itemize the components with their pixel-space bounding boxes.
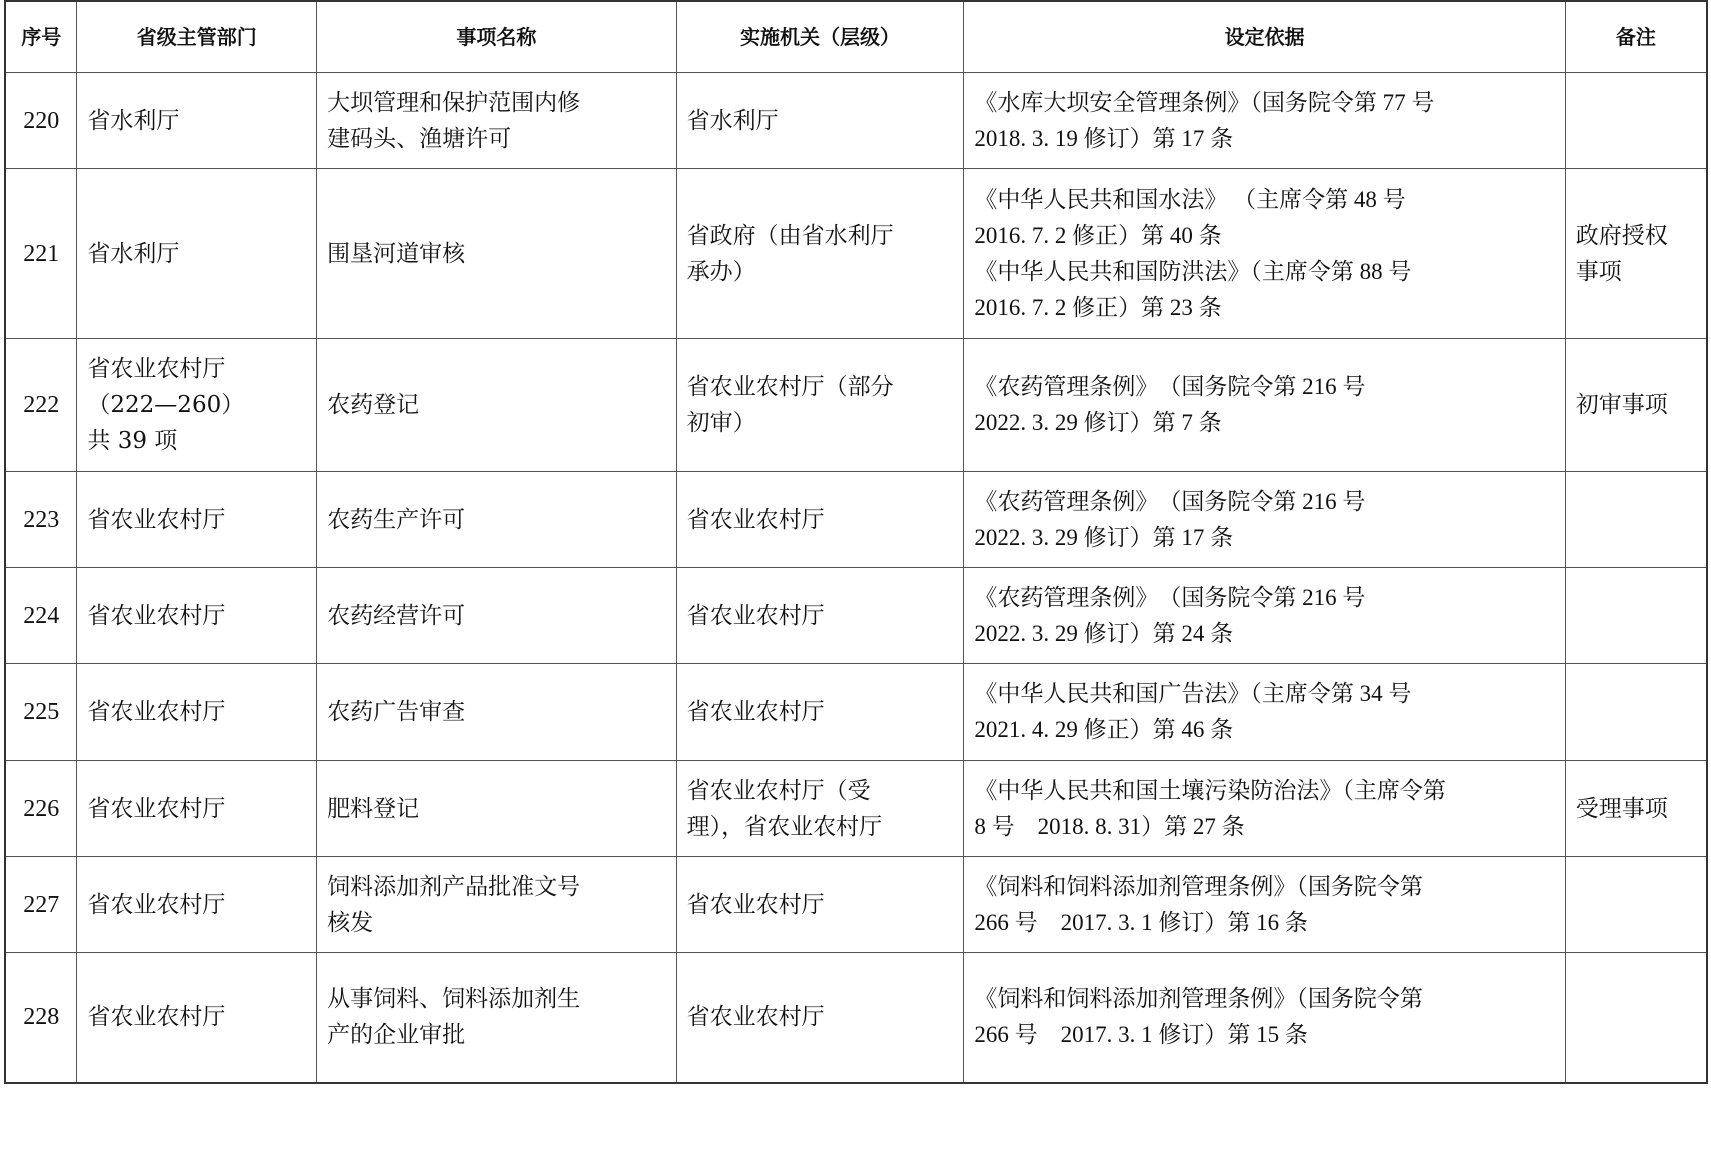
cell-text-line: 农药登记	[327, 387, 666, 423]
cell-text-line: 《农药管理条例》 （国务院令第 216 号	[974, 369, 1554, 405]
cell-remarks	[1565, 953, 1707, 1083]
cell-remarks	[1565, 472, 1707, 568]
cell-department: 省农业农村厅	[77, 664, 317, 761]
table-row: 221省水利厅围垦河道审核省政府（由省水利厅承办）《中华人民共和国水法》 （主席…	[5, 169, 1707, 339]
cell-implementing-agency: 省农业农村厅	[676, 953, 964, 1083]
cell-text-line: 2016. 7. 2 修正）第 40 条	[974, 218, 1554, 254]
cell-remarks	[1565, 73, 1707, 169]
cell-text-line: 初审事项	[1576, 387, 1696, 423]
cell-text-line: 266 号 2017. 3. 1 修订）第 16 条	[974, 905, 1554, 941]
header-serial-number: 序号	[5, 1, 77, 73]
cell-text-line: 理），省农业农村厅	[687, 809, 954, 845]
cell-text-line: 《饲料和饲料添加剂管理条例》（国务院令第	[974, 981, 1554, 1017]
table-row: 225省农业农村厅农药广告审查省农业农村厅《中华人民共和国广告法》（主席令第 3…	[5, 664, 1707, 761]
cell-department: 省农业农村厅	[77, 472, 317, 568]
cell-text-line: 农药生产许可	[327, 502, 666, 538]
cell-serial-number: 225	[5, 664, 77, 761]
cell-text-line: 2022. 3. 29 修订）第 24 条	[974, 616, 1554, 652]
cell-department: 省农业农村厅（222—260）共 39 项	[77, 339, 317, 472]
cell-text-line: 农药广告审查	[327, 694, 666, 730]
cell-item-name: 农药广告审查	[317, 664, 677, 761]
cell-text-line: 省农业农村厅	[87, 791, 306, 827]
header-department: 省级主管部门	[77, 1, 317, 73]
cell-department: 省农业农村厅	[77, 953, 317, 1083]
table-row: 223省农业农村厅农药生产许可省农业农村厅《农药管理条例》 （国务院令第 216…	[5, 472, 1707, 568]
cell-text-line: 省水利厅	[87, 236, 306, 272]
cell-serial-number: 226	[5, 761, 77, 857]
cell-department: 省水利厅	[77, 169, 317, 339]
cell-implementing-agency: 省农业农村厅（受理），省农业农村厅	[676, 761, 964, 857]
cell-text-line: 省农业农村厅（部分	[687, 369, 954, 405]
cell-text-line: 省农业农村厅	[87, 694, 306, 730]
cell-text-line: 2021. 4. 29 修正）第 46 条	[974, 712, 1554, 748]
cell-text-line: 初审）	[687, 405, 954, 441]
cell-text-line: 产的企业审批	[327, 1017, 666, 1053]
cell-legal-basis: 《饲料和饲料添加剂管理条例》（国务院令第266 号 2017. 3. 1 修订）…	[964, 953, 1565, 1083]
header-implementing-agency: 实施机关（层级）	[676, 1, 964, 73]
cell-item-name: 肥料登记	[317, 761, 677, 857]
table-row: 224省农业农村厅农药经营许可省农业农村厅《农药管理条例》 （国务院令第 216…	[5, 568, 1707, 664]
cell-implementing-agency: 省政府（由省水利厅承办）	[676, 169, 964, 339]
table-row: 227省农业农村厅饲料添加剂产品批准文号核发省农业农村厅《饲料和饲料添加剂管理条…	[5, 857, 1707, 953]
cell-text-line: 省农业农村厅	[87, 999, 306, 1035]
cell-item-name: 围垦河道审核	[317, 169, 677, 339]
cell-text-line: 《农药管理条例》 （国务院令第 216 号	[974, 580, 1554, 616]
cell-text-line: 承办）	[687, 254, 954, 290]
cell-text-line: 围垦河道审核	[327, 236, 666, 272]
cell-department: 省农业农村厅	[77, 761, 317, 857]
cell-legal-basis: 《中华人民共和国土壤污染防治法》（主席令第8 号 2018. 8. 31）第 2…	[964, 761, 1565, 857]
cell-text-line: 《中华人民共和国水法》 （主席令第 48 号	[974, 182, 1554, 218]
cell-implementing-agency: 省农业农村厅	[676, 664, 964, 761]
cell-implementing-agency: 省农业农村厅	[676, 472, 964, 568]
cell-department: 省水利厅	[77, 73, 317, 169]
cell-legal-basis: 《水库大坝安全管理条例》（国务院令第 77 号2018. 3. 19 修订）第 …	[964, 73, 1565, 169]
cell-serial-number: 227	[5, 857, 77, 953]
cell-serial-number: 220	[5, 73, 77, 169]
table-row: 220省水利厅大坝管理和保护范围内修建码头、渔塘许可省水利厅《水库大坝安全管理条…	[5, 73, 1707, 169]
cell-text-line: 肥料登记	[327, 791, 666, 827]
cell-text-line: 省农业农村厅	[87, 502, 306, 538]
cell-serial-number: 222	[5, 339, 77, 472]
cell-text-line: 农药经营许可	[327, 598, 666, 634]
table-row: 222省农业农村厅（222—260）共 39 项农药登记省农业农村厅（部分初审）…	[5, 339, 1707, 472]
cell-legal-basis: 《农药管理条例》 （国务院令第 216 号2022. 3. 29 修订）第 7 …	[964, 339, 1565, 472]
cell-remarks: 受理事项	[1565, 761, 1707, 857]
header-legal-basis: 设定依据	[964, 1, 1565, 73]
cell-implementing-agency: 省水利厅	[676, 73, 964, 169]
cell-item-name: 从事饲料、饲料添加剂生产的企业审批	[317, 953, 677, 1083]
cell-text-line: 政府授权	[1576, 218, 1696, 254]
cell-legal-basis: 《农药管理条例》 （国务院令第 216 号2022. 3. 29 修订）第 24…	[964, 568, 1565, 664]
cell-serial-number: 228	[5, 953, 77, 1083]
cell-text-line: 《水库大坝安全管理条例》（国务院令第 77 号	[974, 85, 1554, 121]
cell-text-line: 从事饲料、饲料添加剂生	[327, 981, 666, 1017]
cell-text-line: 《中华人民共和国土壤污染防治法》（主席令第	[974, 773, 1554, 809]
administrative-licensing-table: 序号 省级主管部门 事项名称 实施机关（层级） 设定依据 备注 220省水利厅大…	[4, 0, 1708, 1084]
cell-serial-number: 221	[5, 169, 77, 339]
cell-text-line: 《中华人民共和国广告法》（主席令第 34 号	[974, 676, 1554, 712]
cell-implementing-agency: 省农业农村厅（部分初审）	[676, 339, 964, 472]
cell-text-line: 省农业农村厅	[87, 887, 306, 923]
cell-item-name: 农药生产许可	[317, 472, 677, 568]
cell-legal-basis: 《饲料和饲料添加剂管理条例》（国务院令第266 号 2017. 3. 1 修订）…	[964, 857, 1565, 953]
cell-text-line: 2018. 3. 19 修订）第 17 条	[974, 121, 1554, 157]
cell-text-line: 受理事项	[1576, 791, 1696, 827]
cell-text-line: 《中华人民共和国防洪法》（主席令第 88 号	[974, 254, 1554, 290]
cell-text-line: 省农业农村厅	[687, 887, 954, 923]
cell-legal-basis: 《农药管理条例》 （国务院令第 216 号2022. 3. 29 修订）第 17…	[964, 472, 1565, 568]
header-item-name: 事项名称	[317, 1, 677, 73]
cell-text-line: 省农业农村厅	[87, 598, 306, 634]
cell-remarks	[1565, 568, 1707, 664]
cell-remarks: 政府授权事项	[1565, 169, 1707, 339]
cell-remarks	[1565, 857, 1707, 953]
cell-item-name: 饲料添加剂产品批准文号核发	[317, 857, 677, 953]
cell-legal-basis: 《中华人民共和国水法》 （主席令第 48 号2016. 7. 2 修正）第 40…	[964, 169, 1565, 339]
cell-serial-number: 224	[5, 568, 77, 664]
cell-department: 省农业农村厅	[77, 857, 317, 953]
table-header-row: 序号 省级主管部门 事项名称 实施机关（层级） 设定依据 备注	[5, 1, 1707, 73]
cell-text-line: 《饲料和饲料添加剂管理条例》（国务院令第	[974, 869, 1554, 905]
cell-text-line: 2022. 3. 29 修订）第 7 条	[974, 405, 1554, 441]
cell-text-line: 2022. 3. 29 修订）第 17 条	[974, 520, 1554, 556]
cell-department: 省农业农村厅	[77, 568, 317, 664]
table-row: 228省农业农村厅从事饲料、饲料添加剂生产的企业审批省农业农村厅《饲料和饲料添加…	[5, 953, 1707, 1083]
cell-item-name: 农药登记	[317, 339, 677, 472]
cell-text-line: 饲料添加剂产品批准文号	[327, 869, 666, 905]
cell-remarks: 初审事项	[1565, 339, 1707, 472]
cell-text-line: 事项	[1576, 254, 1696, 290]
header-remarks: 备注	[1565, 1, 1707, 73]
cell-text-line: 建码头、渔塘许可	[327, 121, 666, 157]
cell-text-line: （222—260）	[87, 387, 306, 423]
cell-implementing-agency: 省农业农村厅	[676, 857, 964, 953]
table-row: 226省农业农村厅肥料登记省农业农村厅（受理），省农业农村厅《中华人民共和国土壤…	[5, 761, 1707, 857]
cell-text-line: 266 号 2017. 3. 1 修订）第 15 条	[974, 1017, 1554, 1053]
cell-text-line: 省农业农村厅	[687, 598, 954, 634]
cell-text-line: 8 号 2018. 8. 31）第 27 条	[974, 809, 1554, 845]
cell-text-line: 共 39 项	[87, 423, 306, 459]
cell-text-line: 省政府（由省水利厅	[687, 218, 954, 254]
cell-text-line: 2016. 7. 2 修正）第 23 条	[974, 290, 1554, 326]
cell-text-line: 省农业农村厅	[687, 999, 954, 1035]
cell-text-line: 《农药管理条例》 （国务院令第 216 号	[974, 484, 1554, 520]
cell-text-line: 省农业农村厅	[87, 351, 306, 387]
cell-text-line: 核发	[327, 905, 666, 941]
cell-remarks	[1565, 664, 1707, 761]
cell-item-name: 农药经营许可	[317, 568, 677, 664]
cell-text-line: 省水利厅	[87, 103, 306, 139]
cell-implementing-agency: 省农业农村厅	[676, 568, 964, 664]
cell-item-name: 大坝管理和保护范围内修建码头、渔塘许可	[317, 73, 677, 169]
cell-legal-basis: 《中华人民共和国广告法》（主席令第 34 号2021. 4. 29 修正）第 4…	[964, 664, 1565, 761]
cell-text-line: 省农业农村厅（受	[687, 773, 954, 809]
cell-text-line: 省农业农村厅	[687, 502, 954, 538]
cell-serial-number: 223	[5, 472, 77, 568]
cell-text-line: 省水利厅	[687, 103, 954, 139]
cell-text-line: 省农业农村厅	[687, 694, 954, 730]
cell-text-line: 大坝管理和保护范围内修	[327, 85, 666, 121]
